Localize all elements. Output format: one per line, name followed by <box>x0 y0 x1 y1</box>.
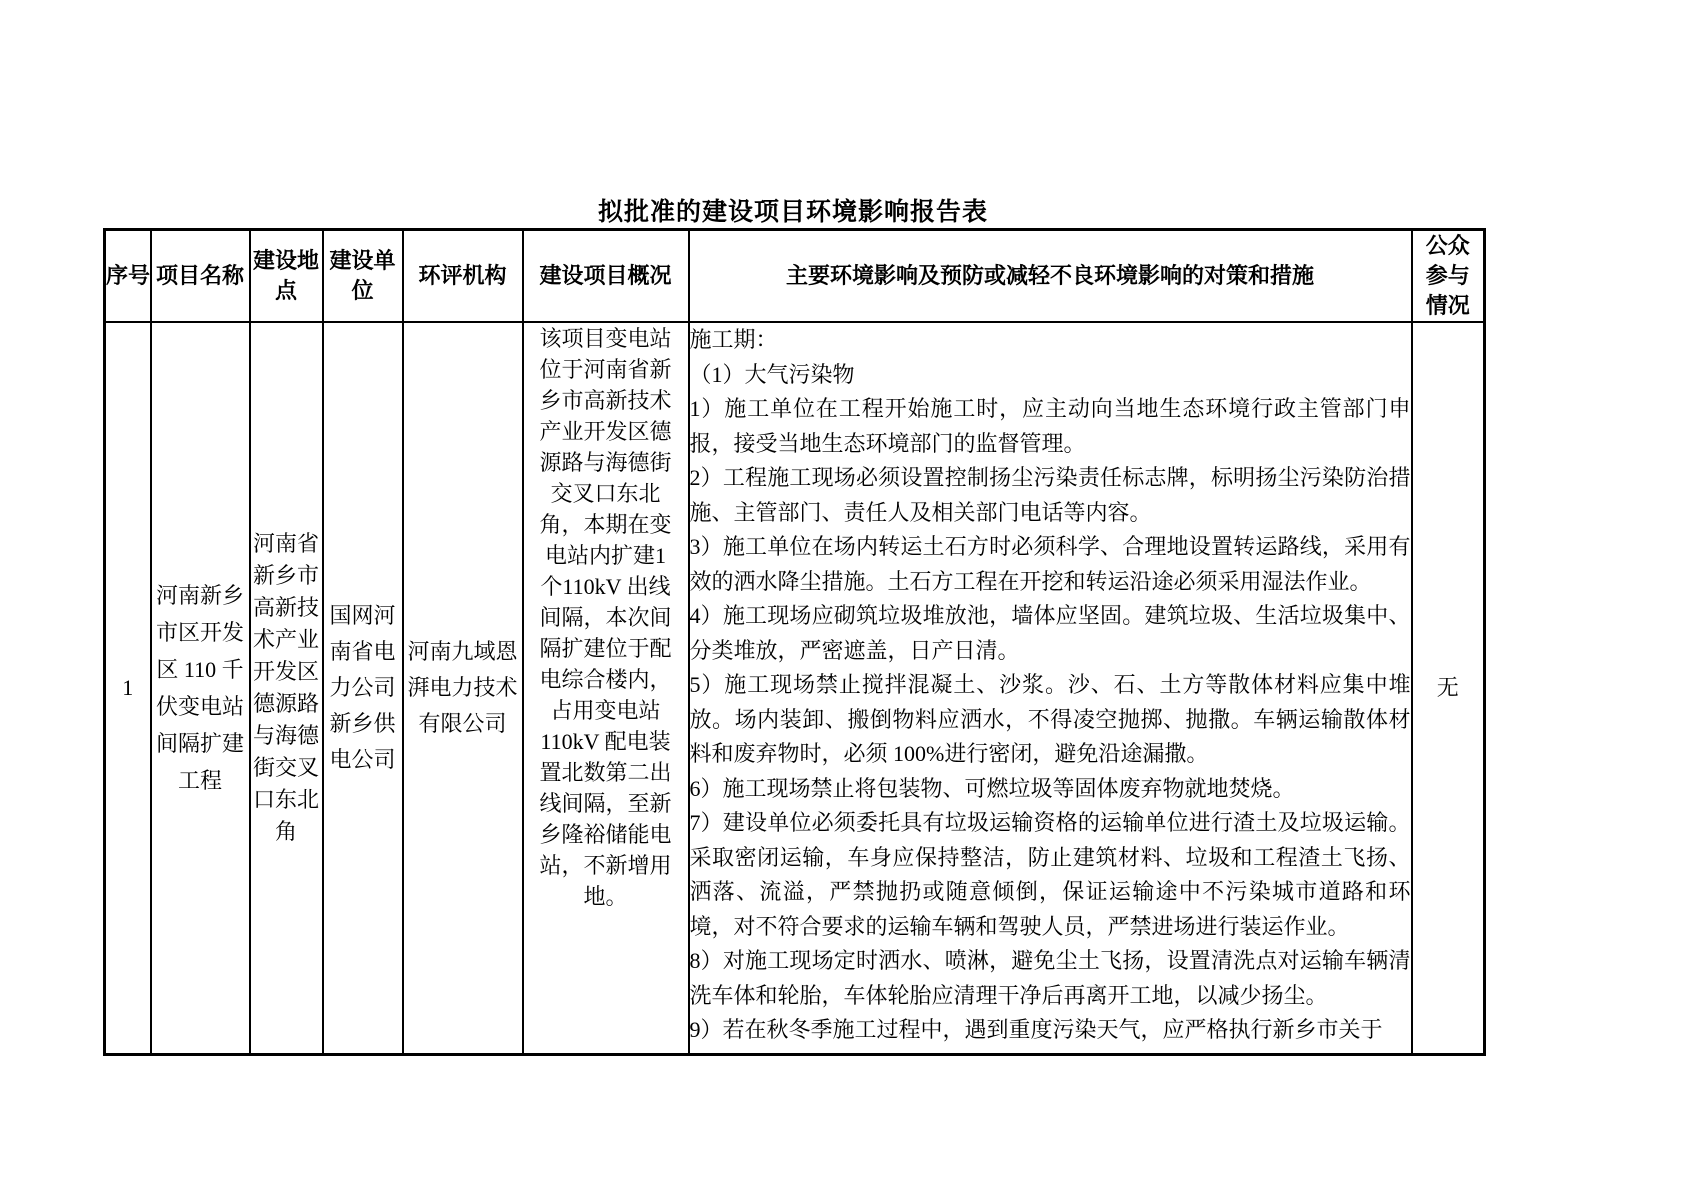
cell-construction-unit: 国网河 南省电 力公司 新乡供 电公司 <box>323 322 403 1054</box>
header-project-overview: 建设项目概况 <box>523 230 689 323</box>
cell-public-participation: 无 <box>1412 322 1485 1054</box>
report-table: 序号 项目名称 建设地 点 建设单 位 环评机构 建设项目概况 主要环境影响及预… <box>103 228 1486 1056</box>
header-construction-location: 建设地 点 <box>250 230 323 323</box>
cell-eia-agency: 河南九域恩 湃电力技术 有限公司 <box>403 322 523 1054</box>
cell-project-name: 河南新乡 市区开发 区 110 千 伏变电站 间隔扩建 工程 <box>151 322 250 1054</box>
header-public-participation: 公众 参与 情况 <box>1412 230 1485 323</box>
document-page: 拟批准的建设项目环境影响报告表 序号 项目名称 建设地 点 建设单 位 环评机构… <box>0 0 1683 1190</box>
header-row: 序号 项目名称 建设地 点 建设单 位 环评机构 建设项目概况 主要环境影响及预… <box>105 230 1485 323</box>
table-row: 1 河南新乡 市区开发 区 110 千 伏变电站 间隔扩建 工程 河南省 新乡市… <box>105 322 1485 1054</box>
cell-project-overview: 该项目变电站 位于河南省新 乡市高新技术 产业开发区德 源路与海德街 交叉口东北… <box>523 322 689 1054</box>
header-project-name: 项目名称 <box>151 230 250 323</box>
document-title: 拟批准的建设项目环境影响报告表 <box>103 192 1483 228</box>
header-impact-measures: 主要环境影响及预防或减轻不良环境影响的对策和措施 <box>689 230 1412 323</box>
cell-impact-measures: 施工期： （1）大气污染物 1）施工单位在工程开始施工时，应主动向当地生态环境行… <box>689 322 1412 1054</box>
cell-serial-number: 1 <box>105 322 151 1054</box>
header-serial-number: 序号 <box>105 230 151 323</box>
header-construction-unit: 建设单 位 <box>323 230 403 323</box>
header-eia-agency: 环评机构 <box>403 230 523 323</box>
cell-construction-location: 河南省 新乡市 高新技 术产业 开发区 德源路 与海德 街交叉 口东北 角 <box>250 322 323 1054</box>
